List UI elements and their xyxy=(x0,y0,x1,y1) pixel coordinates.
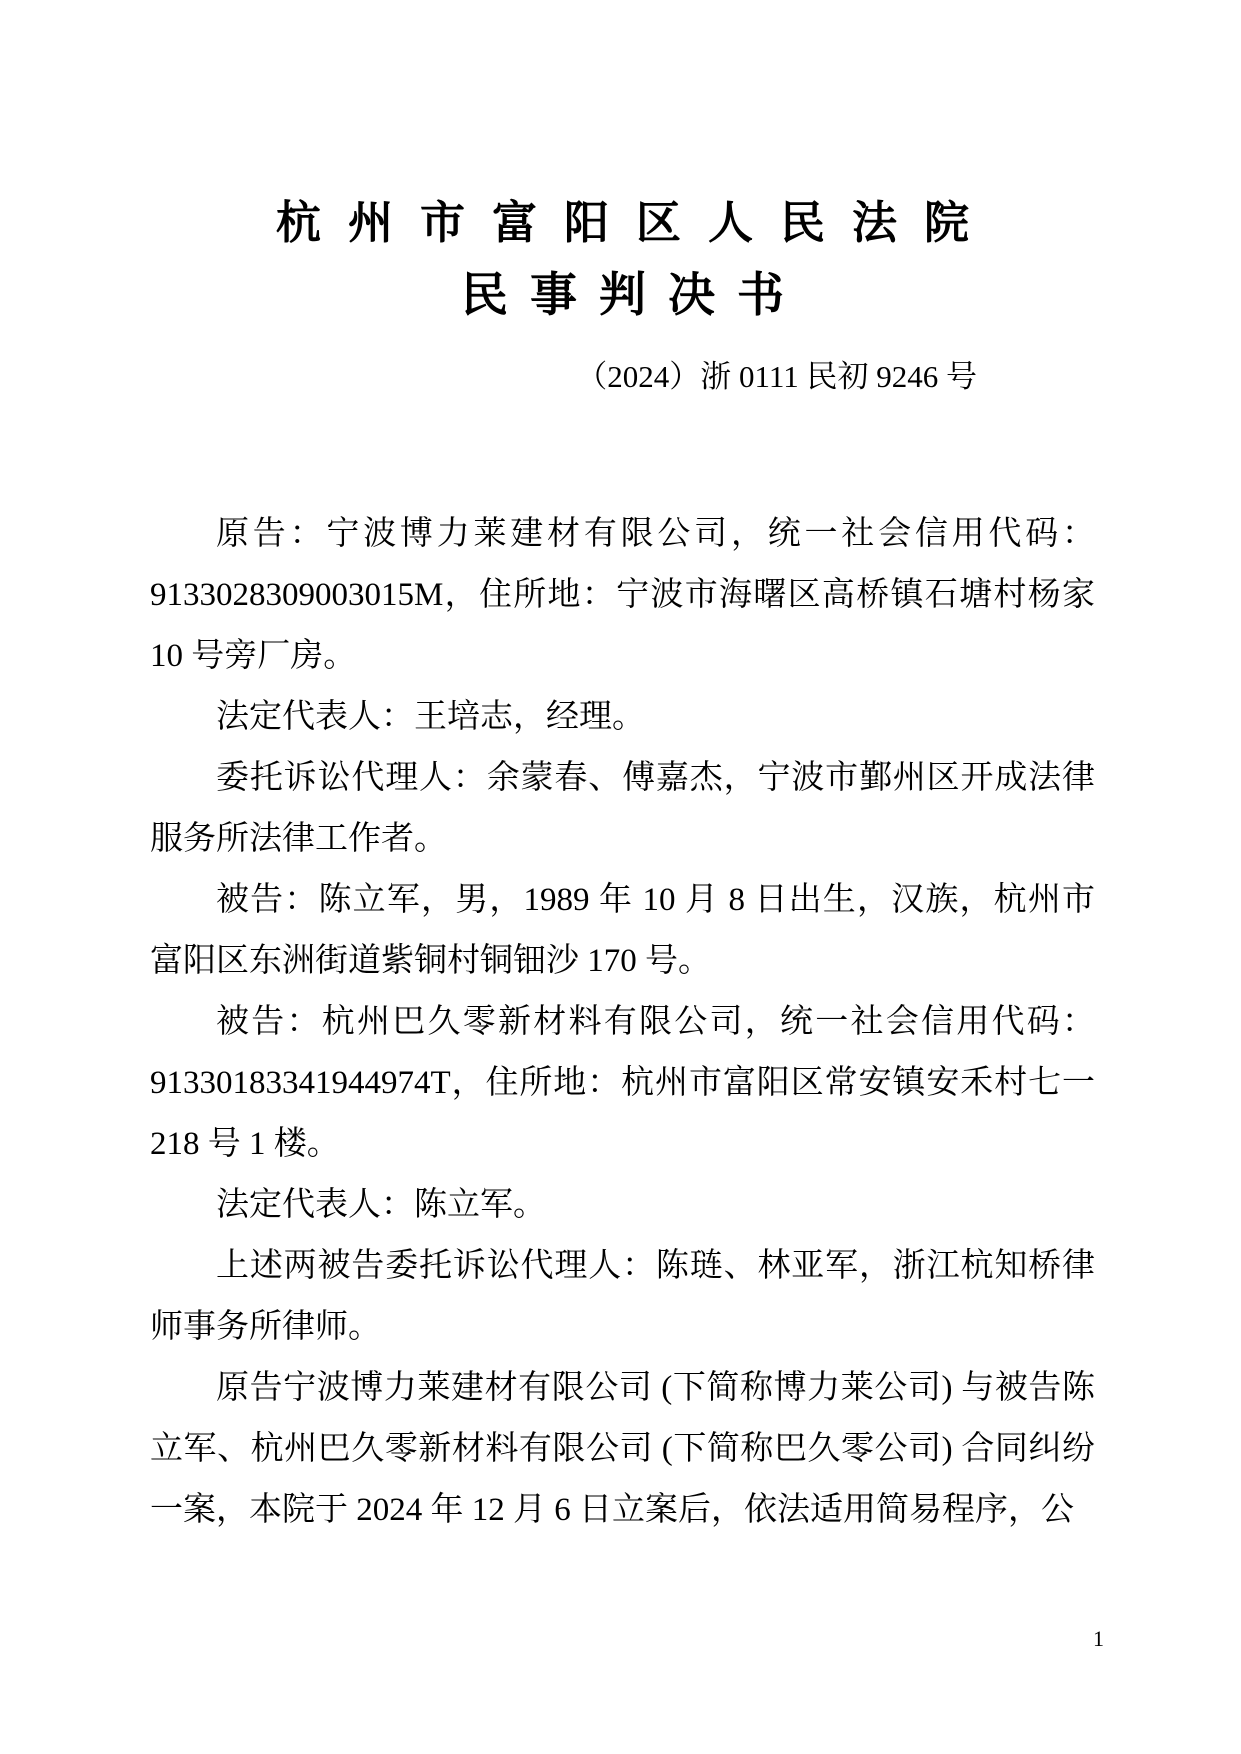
paragraph-plaintiff: 原告：宁波博力莱建材有限公司，统一社会信用代码：9133028309003015… xyxy=(150,504,1095,687)
document-body: 原告：宁波博力莱建材有限公司，统一社会信用代码：9133028309003015… xyxy=(150,504,1095,1541)
paragraph-defendant-agents: 上述两被告委托诉讼代理人：陈琏、林亚军，浙江杭知桥律师事务所律师。 xyxy=(150,1236,1095,1358)
judgment-page: 杭州市富阳区人民法院 民事判决书 （2024）浙 0111 民初 9246 号 … xyxy=(0,0,1241,1754)
document-title: 民事判决书 xyxy=(150,268,1095,324)
document-content: 杭州市富阳区人民法院 民事判决书 （2024）浙 0111 民初 9246 号 … xyxy=(150,0,1095,1541)
paragraph-legal-representative-defendant: 法定代表人：陈立军。 xyxy=(150,1175,1095,1236)
paragraph-plaintiff-agents: 委托诉讼代理人：余蒙春、傅嘉杰，宁波市鄞州区开成法律服务所法律工作者。 xyxy=(150,748,1095,870)
paragraph-case-summary: 原告宁波博力莱建材有限公司 (下简称博力莱公司) 与被告陈立军、杭州巴久零新材料… xyxy=(150,1358,1095,1541)
case-number: （2024）浙 0111 民初 9246 号 xyxy=(150,358,1095,395)
paragraph-legal-representative-plaintiff: 法定代表人：王培志，经理。 xyxy=(150,687,1095,748)
page-number: 1 xyxy=(1093,1626,1104,1652)
court-name: 杭州市富阳区人民法院 xyxy=(150,196,1095,250)
paragraph-defendant-1: 被告：陈立军，男，1989 年 10 月 8 日出生，汉族，杭州市富阳区东洲街道… xyxy=(150,870,1095,992)
paragraph-defendant-2: 被告：杭州巴久零新材料有限公司，统一社会信用代码：913301833419449… xyxy=(150,992,1095,1175)
